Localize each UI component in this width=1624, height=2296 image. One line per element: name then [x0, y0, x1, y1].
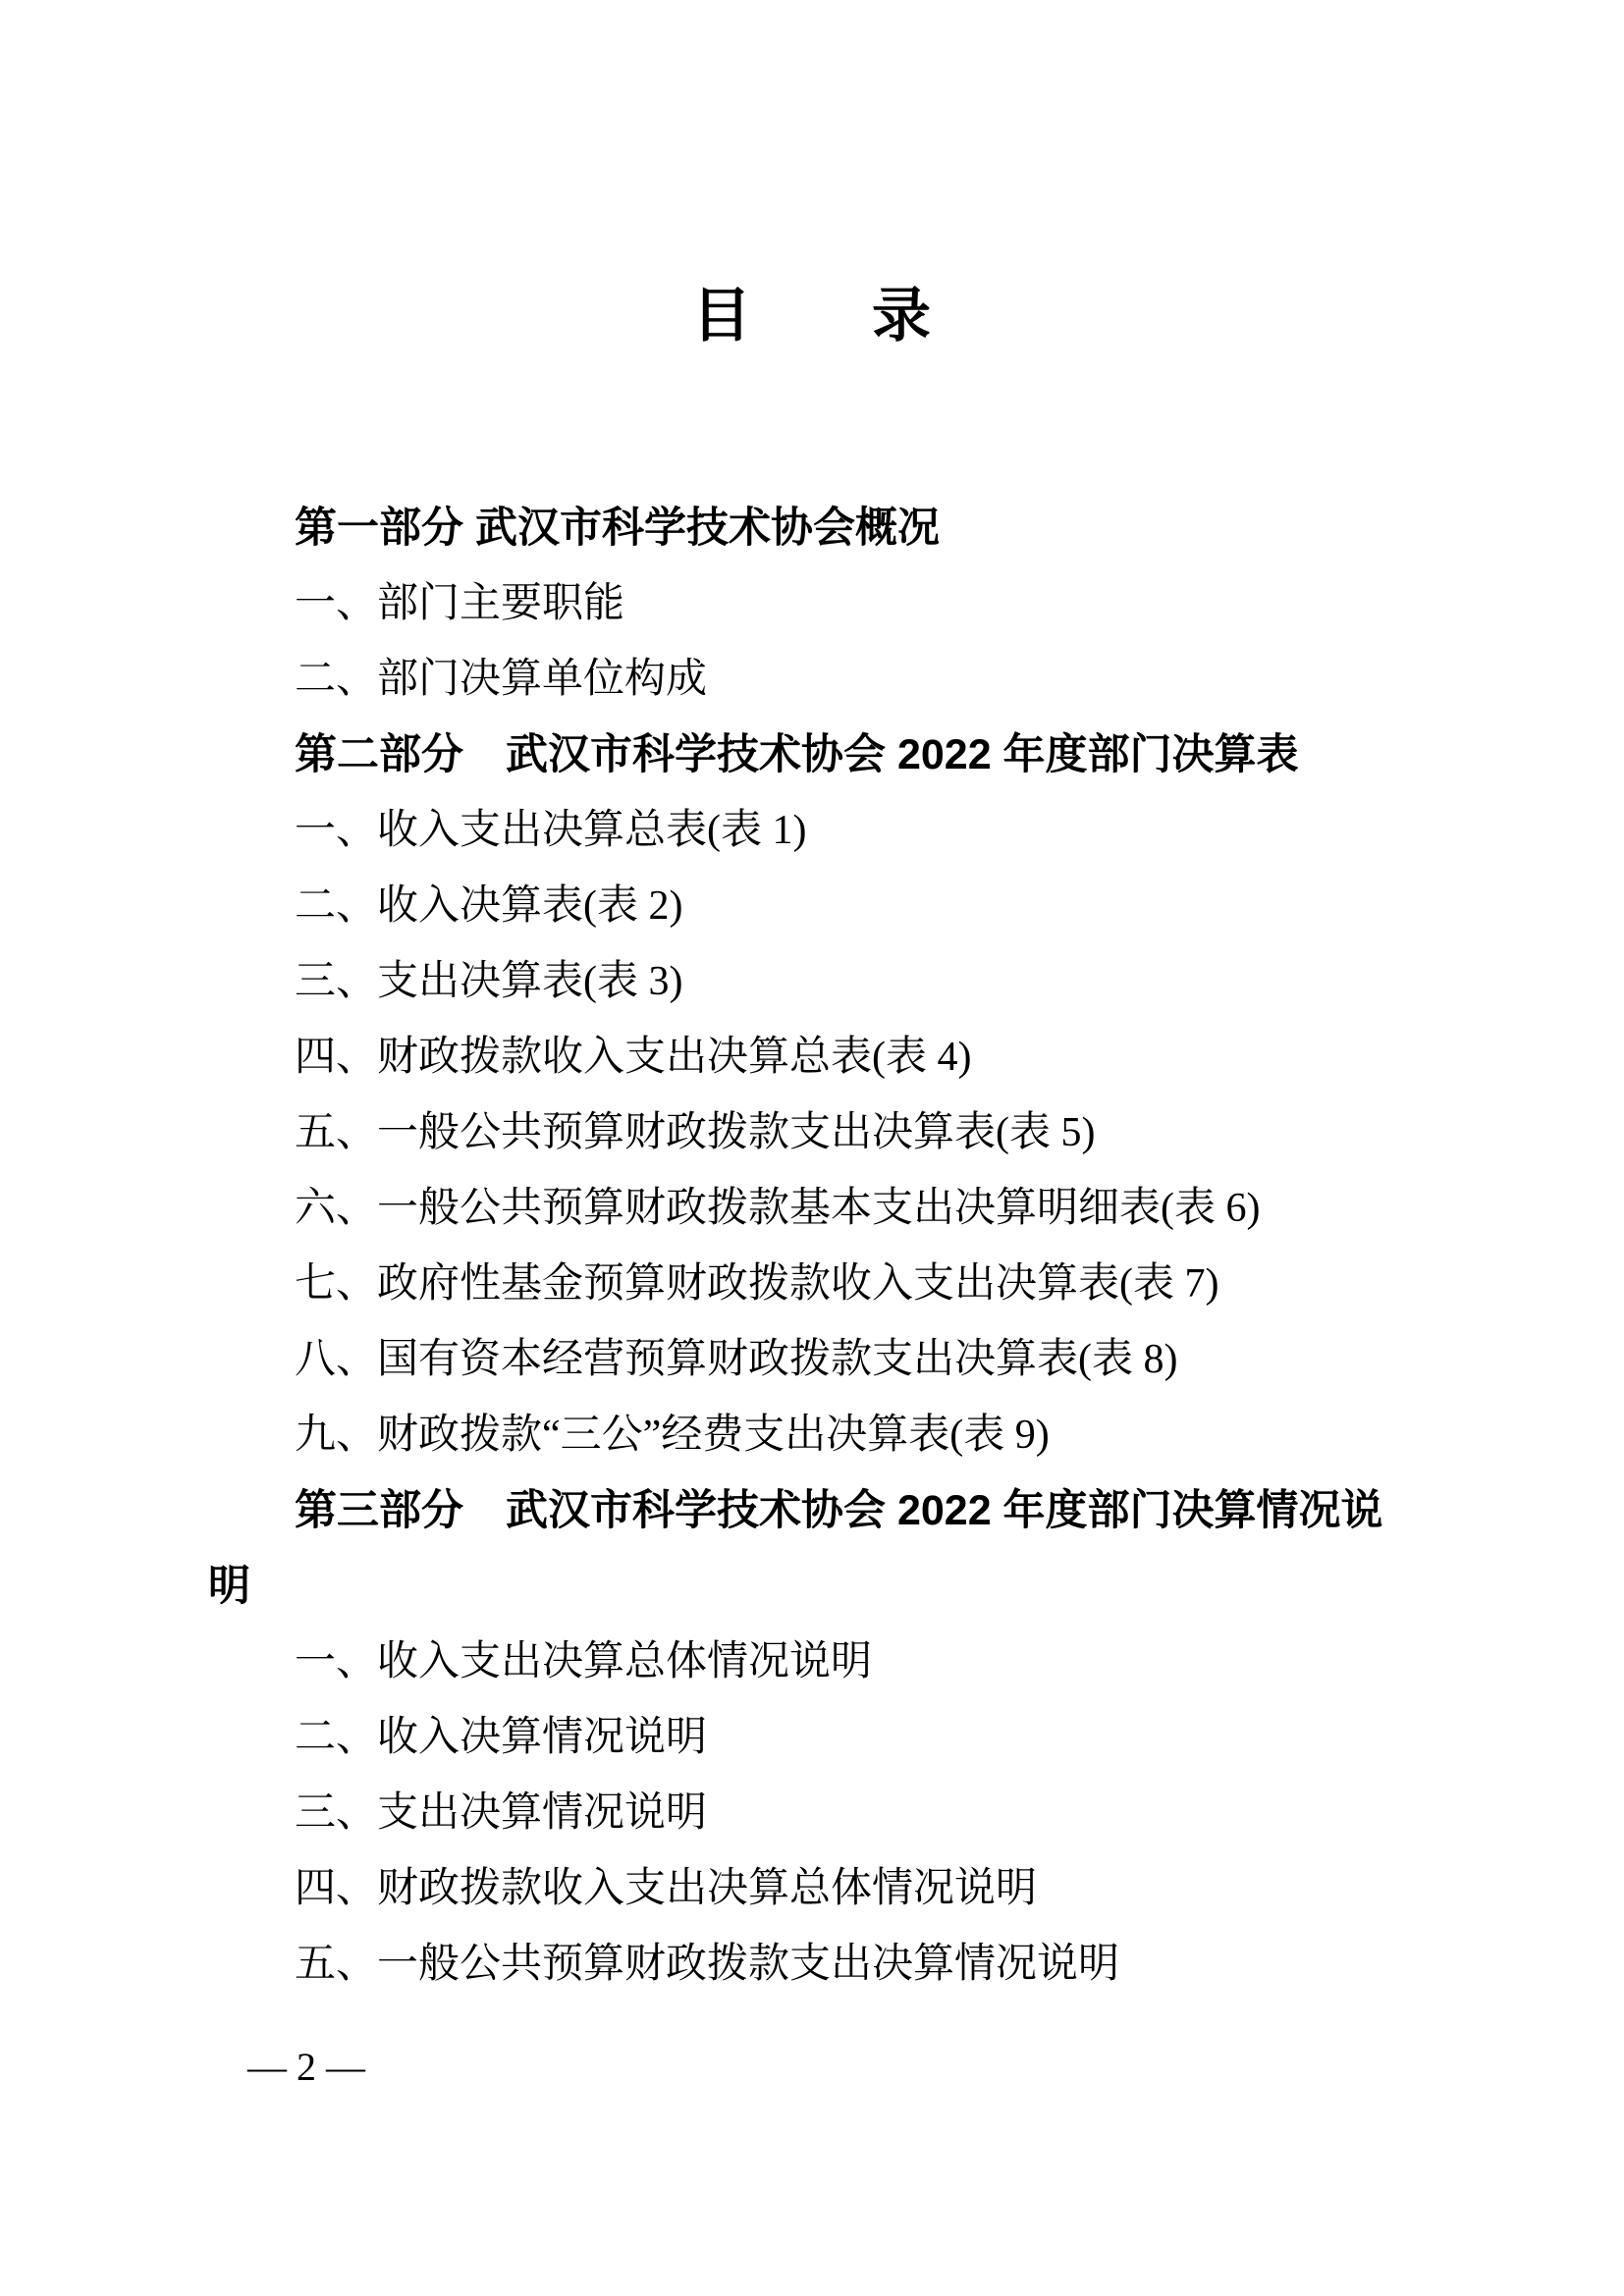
toc-item: 四、财政拨款收入支出决算总表(表 4)	[208, 1020, 1485, 1095]
toc-item: 七、政府性基金预算财政拨款收入支出决算表(表 7)	[208, 1247, 1485, 1322]
toc-part-heading-continuation: 明	[208, 1549, 1485, 1625]
toc-item: 二、收入决算表(表 2)	[208, 869, 1485, 944]
toc-item: 九、财政拨款“三公”经费支出决算表(表 9)	[208, 1398, 1485, 1473]
toc-item: 一、收入支出决算总体情况说明	[208, 1625, 1485, 1700]
toc-item: 三、支出决算表(表 3)	[208, 944, 1485, 1020]
toc-part-heading: 第二部分 武汉市科学技术协会 2022 年度部门决算表	[208, 718, 1485, 793]
toc-item: 二、收入决算情况说明	[208, 1700, 1485, 1776]
toc-item: 二、部门决算单位构成	[208, 642, 1485, 718]
table-of-contents: 第一部分 武汉市科学技术协会概况 一、部门主要职能 二、部门决算单位构成 第二部…	[208, 491, 1485, 2002]
toc-item: 一、部门主要职能	[208, 566, 1485, 642]
toc-part-heading: 第一部分 武汉市科学技术协会概况	[208, 491, 1485, 566]
toc-item: 一、收入支出决算总表(表 1)	[208, 793, 1485, 869]
page-number: — 2 —	[247, 2046, 365, 2089]
document-page: 目 录 第一部分 武汉市科学技术协会概况 一、部门主要职能 二、部门决算单位构成…	[0, 0, 1624, 2296]
toc-item: 四、财政拨款收入支出决算总体情况说明	[208, 1851, 1485, 1927]
toc-item: 三、支出决算情况说明	[208, 1776, 1485, 1851]
document-title: 目 录	[0, 281, 1624, 351]
toc-item: 六、一般公共预算财政拨款基本支出决算明细表(表 6)	[208, 1171, 1485, 1247]
toc-part-heading: 第三部分 武汉市科学技术协会 2022 年度部门决算情况说	[208, 1473, 1485, 1549]
toc-item: 五、一般公共预算财政拨款支出决算表(表 5)	[208, 1095, 1485, 1171]
toc-item: 八、国有资本经营预算财政拨款支出决算表(表 8)	[208, 1322, 1485, 1398]
toc-item: 五、一般公共预算财政拨款支出决算情况说明	[208, 1927, 1485, 2002]
